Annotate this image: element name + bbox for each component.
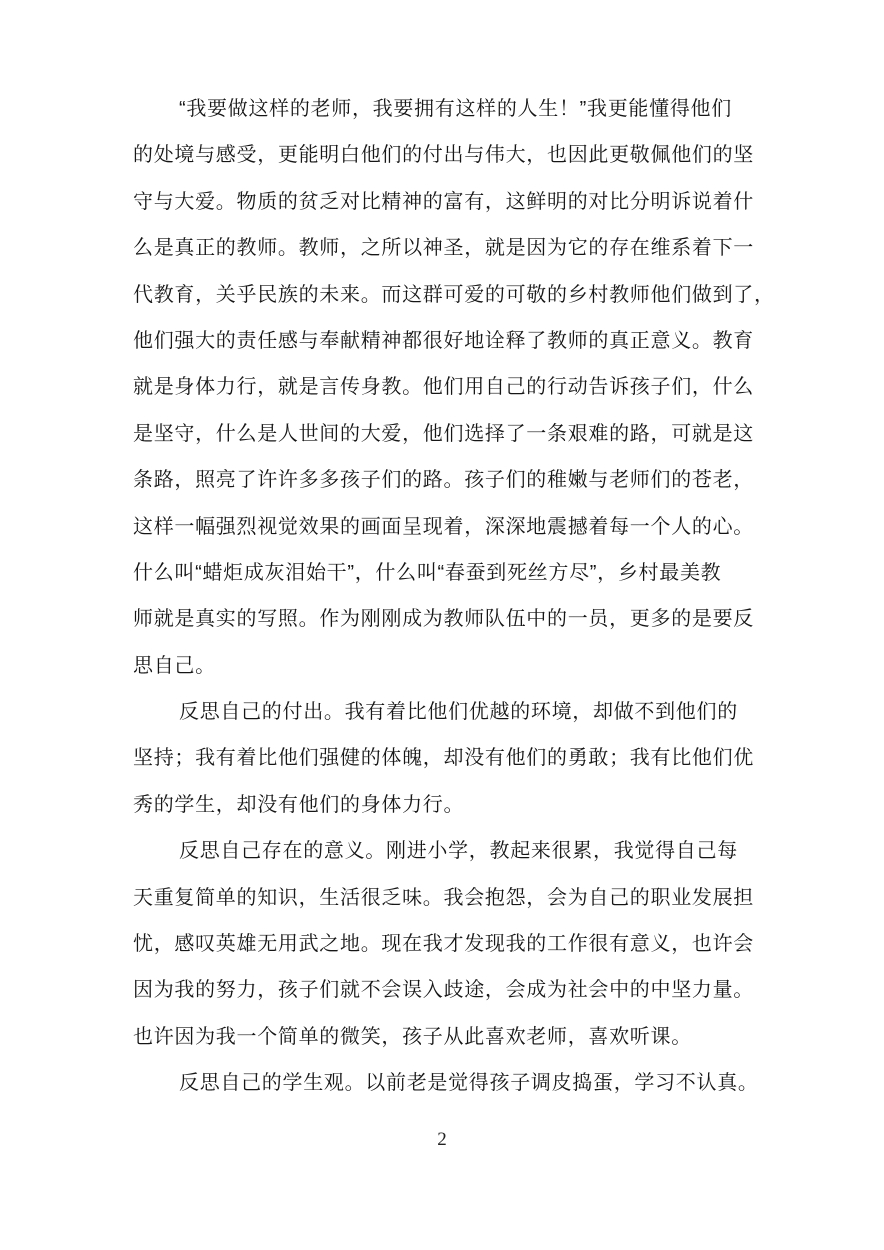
- text-line: 天重复简单的知识，生活很乏味。我会抱怨，会为自己的职业发展担: [133, 875, 755, 921]
- text-line: 守与大爱。物质的贫乏对比精神的富有，这鲜明的对比分明诉说着什: [133, 179, 755, 225]
- paragraph: 反思自己的付出。我有着比他们优越的环境，却做不到他们的 坚持；我有着比他们强健的…: [133, 689, 755, 828]
- document-page: “我要做这样的老师，我要拥有这样的人生！”我更能懂得他们 的处境与感受，更能明白…: [0, 0, 884, 1250]
- paragraph: “我要做这样的老师，我要拥有这样的人生！”我更能懂得他们 的处境与感受，更能明白…: [133, 86, 755, 689]
- text-line: 坚持；我有着比他们强健的体魄，却没有他们的勇敢；我有比他们优: [133, 735, 755, 781]
- text-line: “我要做这样的老师，我要拥有这样的人生！”我更能懂得他们: [133, 86, 755, 132]
- text-line: 的处境与感受，更能明白他们的付出与伟大，也因此更敬佩他们的坚: [133, 132, 755, 178]
- document-body-text: “我要做这样的老师，我要拥有这样的人生！”我更能懂得他们 的处境与感受，更能明白…: [133, 86, 755, 1107]
- text-line: 反思自己的学生观。以前老是觉得孩子调皮捣蛋，学习不认真。: [133, 1060, 755, 1106]
- text-line: 就是身体力行，就是言传身教。他们用自己的行动告诉孩子们，什么: [133, 364, 755, 410]
- text-line: 秀的学生，却没有他们的身体力行。: [133, 782, 755, 828]
- text-line: 忧，感叹英雄无用武之地。现在我才发现我的工作很有意义，也许会: [133, 921, 755, 967]
- page-number: 2: [0, 1128, 884, 1152]
- text-line: 是坚守，什么是人世间的大爱，他们选择了一条艰难的路，可就是这: [133, 411, 755, 457]
- text-line: 他们强大的责任感与奉献精神都很好地诠释了教师的真正意义。教育: [133, 318, 755, 364]
- text-line: 这样一幅强烈视觉效果的画面呈现着，深深地震撼着每一个人的心。: [133, 504, 755, 550]
- text-line: 因为我的努力，孩子们就不会误入歧途，会成为社会中的中坚力量。: [133, 967, 755, 1013]
- paragraph: 反思自己的学生观。以前老是觉得孩子调皮捣蛋，学习不认真。: [133, 1060, 755, 1106]
- text-line: 也许因为我一个简单的微笑，孩子从此喜欢老师，喜欢听课。: [133, 1014, 755, 1060]
- text-line: 师就是真实的写照。作为刚刚成为教师队伍中的一员，更多的是要反: [133, 596, 755, 642]
- paragraph: 反思自己存在的意义。刚进小学，教起来很累，我觉得自己每 天重复简单的知识，生活很…: [133, 828, 755, 1060]
- text-line: 代教育，关乎民族的未来。而这群可爱的可敬的乡村教师他们做到了，: [133, 272, 755, 318]
- text-line: 思自己。: [133, 643, 755, 689]
- text-line: 么是真正的教师。教师，之所以神圣，就是因为它的存在维系着下一: [133, 225, 755, 271]
- text-line: 什么叫“蜡炬成灰泪始干”，什么叫“春蚕到死丝方尽”，乡村最美教: [133, 550, 755, 596]
- text-line: 条路，照亮了许许多多孩子们的路。孩子们的稚嫩与老师们的苍老，: [133, 457, 755, 503]
- text-line: 反思自己的付出。我有着比他们优越的环境，却做不到他们的: [133, 689, 755, 735]
- text-line: 反思自己存在的意义。刚进小学，教起来很累，我觉得自己每: [133, 828, 755, 874]
